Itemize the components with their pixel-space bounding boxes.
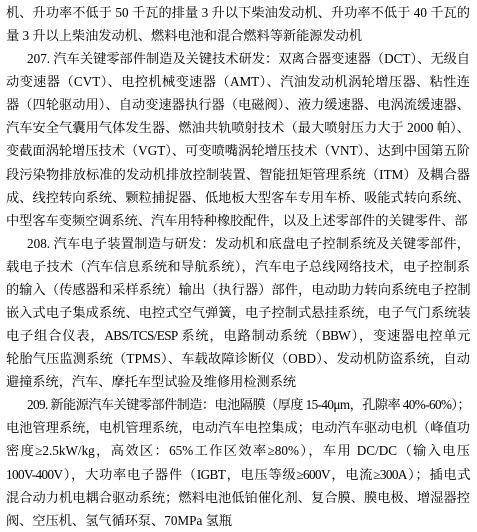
section-207-heading-line: 207. 汽车关键零部件制造及关键技术研发：双离合器变速器（DCT）、无级自 bbox=[6, 47, 470, 70]
document-page: 机、升功率不低于 50 千瓦的排量 3 升以下柴油发动机、升功率不低于 40 千… bbox=[0, 0, 477, 532]
text-line: 电子组合仪表，ABS/TCS/ESP 系统，电路制动系统（BBW），变速器电控单… bbox=[6, 324, 470, 347]
text-line: 电池管理系统，电机管理系统，电动汽车电控集成；电动汽车驱动电机（峰值功率 bbox=[6, 416, 470, 439]
text-line: 避撞系统，汽车、摩托车型试验及维修用检测系统 bbox=[6, 370, 470, 393]
text-line: 中型客车变频空调系统、汽车用特种橡胶配件，以及上述零部件的关键零件、部件 bbox=[6, 209, 470, 232]
text-line: 的输入（传感器和采样系统）输出（执行器）部件，电动助力转向系统电子控制器， bbox=[6, 278, 470, 301]
text-line: 成、线控转向系统、颗粒捕捉器、低地板大型客车专用车桥、吸能式转向系统、大 bbox=[6, 186, 470, 209]
text-line: 阀、空压机、氢气循环泵、70MPa 氢瓶 bbox=[6, 509, 470, 532]
text-line: 变截面涡轮增压技术（VGT）、可变喷嘴涡轮增压技术（VNT）、达到中国第五阶 bbox=[6, 139, 470, 162]
section-209-heading-line: 209. 新能源汽车关键零部件制造：电池隔膜（厚度 15-40μm，孔隙率 40… bbox=[6, 393, 470, 416]
text-line: 器（四轮驱动用）、自动变速器执行器（电磁阀）、液力缓速器、电涡流缓速器、 bbox=[6, 93, 470, 116]
text-line: 段污染物排放标准的发动机排放控制装置、智能扭矩管理系统（ITM）及耦合器总 bbox=[6, 163, 470, 186]
text-line: 汽车安全气囊用气体发生器、燃油共轨喷射技术（最大喷射压力大于 2000 帕）、可 bbox=[6, 116, 470, 139]
text-line: 密度≥2.5kW/kg，高效区：65%工作区效率≥80%），车用 DC/DC（输… bbox=[6, 439, 470, 462]
text-line: 动变速器（CVT）、电控机械变速器（AMT）、汽油发动机涡轮增压器、粘性连轴 bbox=[6, 70, 470, 93]
text-line: 机、升功率不低于 50 千瓦的排量 3 升以下柴油发动机、升功率不低于 40 千… bbox=[6, 1, 470, 24]
section-208-heading-line: 208. 汽车电子装置制造与研发：发动机和底盘电子控制系统及关键零部件，车 bbox=[6, 232, 470, 255]
text-line: 量 3 升以上柴油发动机、燃料电池和混合燃料等新能源发动机 bbox=[6, 24, 470, 47]
text-line: 混合动力机电耦合驱动系统；燃料电池低铂催化剂、复合膜、膜电极、增湿器控制 bbox=[6, 486, 470, 509]
text-line: 嵌入式电子集成系统、电控式空气弹簧，电子控制式悬挂系统，电子气门系统装置， bbox=[6, 301, 470, 324]
text-line: 100V-400V），大功率电子器件（IGBT，电压等级≥600V，电流≥300… bbox=[6, 463, 470, 486]
text-line: 载电子技术（汽车信息系统和导航系统），汽车电子总线网络技术，电子控制系统 bbox=[6, 255, 470, 278]
text-line: 轮胎气压监测系统（TPMS）、车载故障诊断仪（OBD）、发动机防盗系统，自动 bbox=[6, 347, 470, 370]
